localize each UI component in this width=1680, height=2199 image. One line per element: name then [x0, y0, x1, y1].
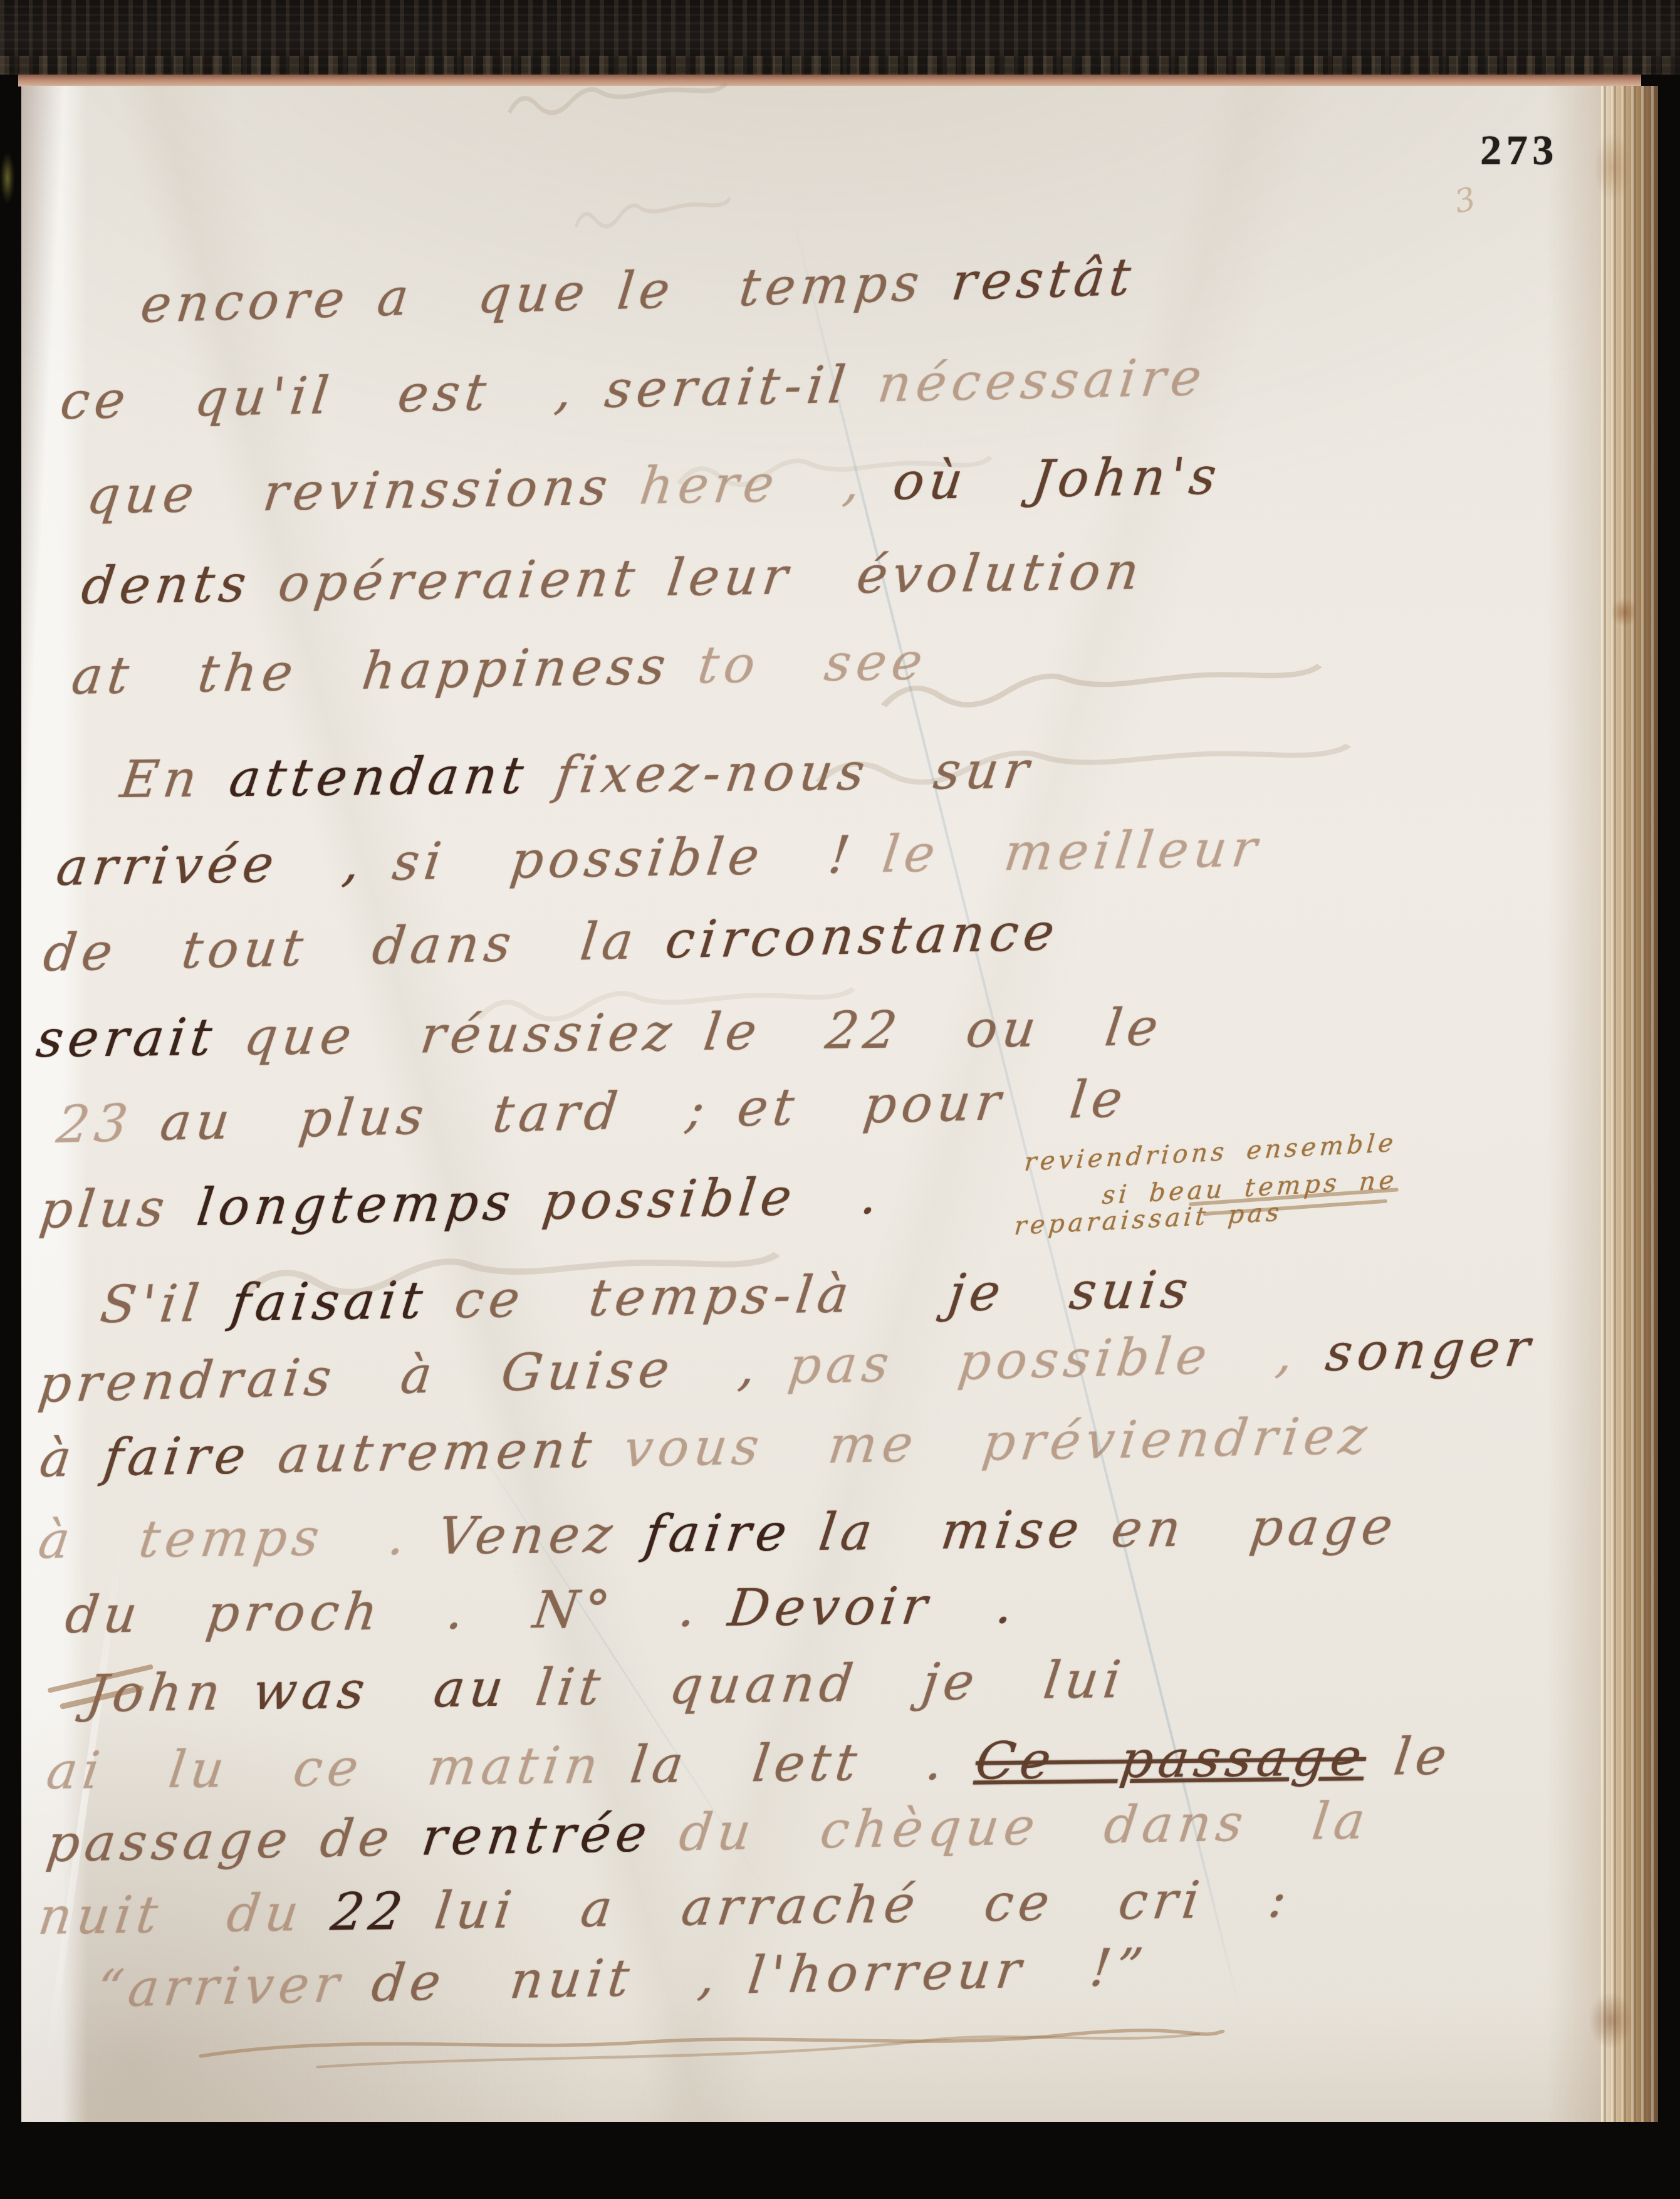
- manuscript-word-group: leur évolution: [664, 546, 1147, 604]
- manuscript-word-group: autrement: [276, 1424, 600, 1481]
- manuscript-word-group: arrivée ,: [54, 837, 368, 894]
- manuscript-word-group: la mise: [816, 1504, 1087, 1558]
- manuscript-word-group: nécessaire: [875, 352, 1209, 410]
- manuscript-word-group: fixez-nous sur: [553, 744, 1036, 801]
- manuscript-word-group: du chèque dans la: [677, 1795, 1373, 1859]
- manuscript-word-group: was au: [250, 1663, 511, 1718]
- manuscript-word-group: serait-il: [602, 360, 853, 416]
- manuscript-line-1: encorea quele tempsrestât: [138, 251, 1167, 331]
- manuscript-word-group: circonstance: [663, 907, 1062, 966]
- manuscript-line-18: ai lu ce matinla lett .Ce passagele: [44, 1731, 1483, 1797]
- manuscript-word-group: la lett .: [627, 1737, 951, 1791]
- manuscript-word-group: dents: [79, 558, 254, 612]
- manuscript-word-group: to see: [696, 636, 931, 691]
- manuscript-word-group: Devoir .: [725, 1580, 1021, 1634]
- manuscript-word-group: encore: [138, 273, 353, 330]
- manuscript-word-group: que réussiez: [241, 1007, 679, 1063]
- manuscript-line-16: du proch . N° .Devoir .: [62, 1580, 1049, 1641]
- manuscript-word-group: au plus tard ;: [158, 1084, 712, 1148]
- manuscript-word-group: à: [37, 1433, 79, 1485]
- manuscript-word-group: S'il: [98, 1278, 207, 1331]
- manuscript-line-8: de tout dans lacirconstance: [41, 906, 1090, 979]
- manuscript-word-group: en page: [1109, 1501, 1401, 1555]
- manuscript-word-group: 23: [54, 1097, 135, 1151]
- manuscript-word-group: ai lu ce matin: [44, 1740, 606, 1797]
- manuscript-line-11: pluslongtempspossible .: [37, 1170, 914, 1236]
- manuscript-word-group: Venez: [435, 1509, 620, 1562]
- manuscript-word-group: le temps: [615, 258, 927, 318]
- manuscript-line-19: passagederentréedu chèque dans la: [44, 1795, 1401, 1870]
- manuscript-word-group: 22: [328, 1886, 410, 1938]
- manuscript-word-group: ce qu'il est ,: [58, 365, 580, 427]
- manuscript-line-13: prendrais à Guise ,pas possible ,songer: [36, 1322, 1565, 1410]
- manuscript-word-group: que revinssions: [84, 461, 615, 522]
- manuscript-word-group: je suis: [946, 1265, 1196, 1319]
- manuscript-word-group: lit quand je lui: [533, 1654, 1129, 1714]
- manuscript-word-group: faisait: [228, 1275, 430, 1329]
- scanned-notebook-photo: 273 3 encorea quele tempsrestâtce qu'il …: [0, 0, 1680, 2199]
- manuscript-word-group: où John's: [890, 451, 1224, 508]
- manuscript-word-group: le 22 ou le: [701, 1002, 1166, 1058]
- manuscript-word-group: here ,: [637, 457, 869, 512]
- manuscript-line-10: 23au plus tard ;et pour le: [54, 1073, 1158, 1151]
- manuscript-line-2: ce qu'il est ,serait-ilnécessaire: [58, 352, 1237, 427]
- manuscript-line-3: que revinssionshere ,où John's: [84, 450, 1252, 521]
- manuscript-word-group: opéreraient: [276, 553, 643, 609]
- manuscript-line-12: S'ilfaisaitce temps-làje suis: [98, 1264, 1224, 1331]
- manuscript-word-group: faire: [101, 1430, 254, 1484]
- manuscript-word-group: vous me préviendriez: [621, 1411, 1375, 1475]
- manuscript-word-group: à temps .: [35, 1511, 413, 1566]
- manuscript-word-group: ce temps-là: [452, 1269, 857, 1326]
- manuscript-line-9: seraitque réussiezle 22 ou le: [34, 1001, 1194, 1065]
- margin-dash: [60, 1685, 145, 1710]
- manuscript-word-group: attendant: [226, 750, 531, 805]
- manuscript-word-group: nuit du: [35, 1888, 306, 1943]
- manuscript-word-group: rentrée: [419, 1808, 655, 1863]
- manuscript-word-group: songer: [1323, 1322, 1537, 1379]
- manuscript-line-7: arrivée ,si possible !le meilleur: [54, 823, 1293, 894]
- manuscript-word-group: possible .: [540, 1171, 886, 1228]
- manuscript-word-group: le meilleur: [880, 823, 1265, 880]
- manuscript-line-17: Johnwas aulit quand je lui: [84, 1654, 1157, 1720]
- manuscript-word-group: plus: [37, 1183, 172, 1237]
- manuscript-word-group: longtemps: [194, 1177, 518, 1234]
- manuscript-word-group: at the happiness: [69, 640, 673, 703]
- manuscript-line-6: Enattendantfixez-nous sur: [118, 744, 1065, 806]
- manuscript-word-group: passage: [44, 1814, 296, 1870]
- manuscript-word-group: Ce passage: [973, 1732, 1369, 1787]
- manuscript-word-group: du proch . N° .: [62, 1583, 704, 1641]
- manuscript-word-group: restât: [949, 251, 1139, 308]
- manuscript-word-group: a que: [375, 267, 593, 325]
- manuscript-word-group: de: [318, 1812, 397, 1865]
- manuscript-line-5: at the happinessto see: [69, 635, 959, 703]
- manuscript-word-group: serait: [34, 1012, 220, 1065]
- manuscript-word-group: de tout dans la: [41, 916, 641, 979]
- manuscript-word-group: En: [118, 753, 205, 805]
- manuscript-word-group: prendrais à Guise ,: [36, 1341, 763, 1410]
- manuscript-line-4: dentsopéreraientleur évolution: [79, 545, 1175, 612]
- manuscript-word-group: l'horreur !”: [746, 1941, 1151, 2001]
- manuscript-word-group: “arriver: [95, 1958, 348, 2015]
- manuscript-line-20: nuit du22lui a arraché ce cri :: [35, 1873, 1322, 1942]
- manuscript-word-group: lui a arraché ce cri :: [432, 1874, 1295, 1937]
- manuscript-line-21: “arriverde nuit ,l'horreur !”: [95, 1941, 1179, 2015]
- manuscript-word-group: le: [1391, 1732, 1455, 1784]
- handwriting-layer: encorea quele tempsrestâtce qu'il est ,s…: [0, 0, 1680, 2199]
- manuscript-word-group: pas possible ,: [785, 1328, 1300, 1392]
- manuscript-word-group: si possible !: [390, 830, 858, 889]
- manuscript-line-14: àfaireautrementvous me préviendriez: [37, 1410, 1403, 1485]
- flourish-underline: [193, 2012, 1234, 2074]
- manuscript-word-group: de nuit ,: [369, 1951, 723, 2010]
- manuscript-word-group: et pour le: [734, 1073, 1130, 1134]
- manuscript-word-group: faire: [642, 1507, 795, 1560]
- manuscript-line-15: à temps .Venezfairela miseen page: [35, 1500, 1429, 1566]
